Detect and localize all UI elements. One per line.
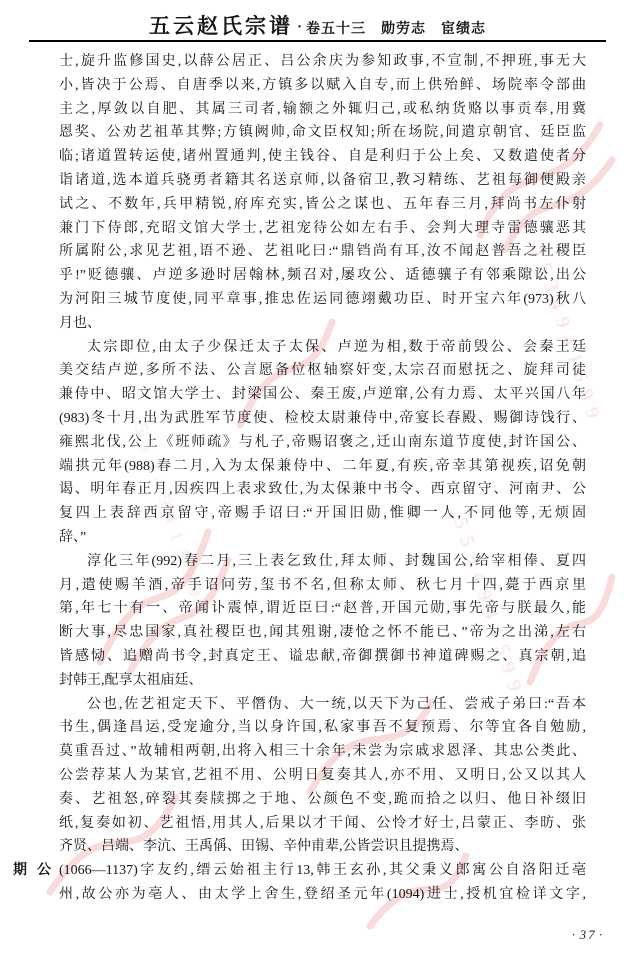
text-line: 齐贤、吕端、李沆、王禹偁、田锡、辛仲甫辈,公皆尝识且提携焉、 xyxy=(59,835,586,859)
genealogy-page: 5534941599 5534941599 5534941599 五云赵氏宗谱·… xyxy=(0,0,635,957)
title-separator-dot: · xyxy=(293,19,306,35)
page-number: ·37· xyxy=(571,927,605,943)
text-line: 兼门下侍郎,充昭文馆大学士,艺祖宠待公如左右手、会判大理寺雷德骧恶其 xyxy=(59,217,586,241)
entry-row: 期 公 (1066—1137)字友约,缙云始祖主行13,韩王玄孙,其父秉义郎寓公… xyxy=(59,859,586,907)
header-subtitle: 卷五十三 勋劳志 宦绩志 xyxy=(306,22,486,37)
header-rule xyxy=(29,40,606,42)
text-line: 公尝荐某人为某官,艺祖不用、公明日复奏其人,亦不用、又明日,公又以其人 xyxy=(59,764,586,788)
text-line: 复四上表辞西京留守,帝赐手诏曰:“开国旧勋,惟卿一人,不同他等,无烦固 xyxy=(59,502,586,526)
text-line: 辞、” xyxy=(59,526,586,550)
text-line: 皆感恸、追赠尚书令,封真定王、谥忠献,帝御撰御书神道碑赐之、真宗朝,追 xyxy=(59,645,586,669)
text-line: 奏、艺祖怒,碎裂其奏牍掷之于地、公颜色不变,跪而拾之以归、他日补缀旧 xyxy=(59,788,586,812)
text-line: 雍熙北伐,公上《班师疏》与札子,帝赐诏褒之,迁山南东道节度使,封许国公、 xyxy=(59,431,586,455)
text-line: 州,故公亦为亳人、由太学上舍生,登绍圣元年(1094)进士,授机宜检详文字, xyxy=(59,883,586,907)
text-line: 诣诸道,选本道兵骁勇者籍其名送京师,以备宿卫,教习精练、艺祖每御便殿亲 xyxy=(59,169,586,193)
entry-name-char: 期 xyxy=(13,859,27,883)
text-line: 小,皆决于公焉、自唐季以来,方镇多以赋入自专,而上供殆鲜、场院率令部曲 xyxy=(59,74,586,98)
text-line: 封韩王,配享太祖庙廷、 xyxy=(59,669,586,693)
entry-text: (1066—1137)字友约,缙云始祖主行13,韩王玄孙,其父秉义郎寓公自洛阳迁… xyxy=(59,859,586,907)
page-header: 五云赵氏宗谱·卷五十三 勋劳志 宦绩志 xyxy=(0,10,635,40)
text-line: 端拱元年(988)春二月,入为太保兼侍中、二年夏,有疾,帝幸其第视疾,诏免朝 xyxy=(59,455,586,479)
text-line: 所属附公,求见艺祖,语不逊、艺祖叱曰:“鼎铛尚有耳,汝不闻赵普吾之社稷臣 xyxy=(59,240,586,264)
text-line: 兼侍中、昭文馆大学士、封梁国公、秦王废,卢逆窜,公有力焉、太平兴国八年 xyxy=(59,383,586,407)
page-number-bullet: · xyxy=(571,927,577,942)
text-line: 美交结卢逆,多所不法、公言愿备位枢轴察奸变,太宗召而慰抚之、旋拜司徒 xyxy=(59,359,586,383)
text-line: 谒、明年春正月,因疾四上表求致仕,为太保兼中书令、西京留守、河南尹、公 xyxy=(59,478,586,502)
entry-name: 期 公 xyxy=(13,859,51,883)
text-line: 主之,厚敛以自肥、其属三司者,输额之外辄归己,或私纳货赂以事贡奉,用冀 xyxy=(59,98,586,122)
text-line: 太宗即位,由太子少保迁太子太保、卢逆为相,数于帝前毁公、会秦王廷 xyxy=(59,336,586,360)
text-line: 第,年七十有一、帝闻讣震悼,谓近臣曰:“赵普,开国元勋,事先帝与朕最久,能 xyxy=(59,597,586,621)
text-line: 淳化三年(992)春二月,三上表乞致仕,拜太师、封魏国公,给宰相俸、夏四 xyxy=(59,550,586,574)
text-line: 断大事,尽忠国家,真社稷臣也,闻其殂谢,凄怆之怀不能已、”帝为之出涕,左右 xyxy=(59,621,586,645)
text-line: 士,旋升监修国史,以薛公居正、吕公余庆为参知政事,不宣制,不押班,事无大 xyxy=(59,50,586,74)
text-line: 恩奖、公劝艺祖革其弊;方镇阙帅,命文臣权知;所在场院,间遣京朝官、廷臣监 xyxy=(59,121,586,145)
biography-paragraphs: 士,旋升监修国史,以薛公居正、吕公余庆为参知政事,不宣制,不押班,事无大小,皆决… xyxy=(59,50,586,859)
text-line: 月,遣使赐羊酒,帝手诏问劳,玺书不名,但称太师、秋七月十四,薨于西京里 xyxy=(59,574,586,598)
text-line: 临;诸道置转运使,诸州置通判,使主钱谷、自是利归于公上矣、又数遣使者分 xyxy=(59,145,586,169)
body-text: 士,旋升监修国史,以薛公居正、吕公余庆为参知政事,不宣制,不押班,事无大小,皆决… xyxy=(59,50,586,907)
text-line: 公也,佐艺祖定天下、平僭伪、大一统,以天下为己任、尝戒子弟曰:“吾本 xyxy=(59,693,586,717)
text-line: 试之、不数年,兵甲精锐,府库充实,皆公之谋也、五年春三月,拜尚书左仆射 xyxy=(59,193,586,217)
text-line: 乎!”贬德骧、卢逆多逊时居翰林,频召对,屡攻公、适德骧子有邻乘隙讼,出公 xyxy=(59,264,586,288)
text-line: (1066—1137)字友约,缙云始祖主行13,韩王玄孙,其父秉义郎寓公自洛阳迁… xyxy=(59,859,586,883)
page-number-value: 37 xyxy=(578,927,599,942)
book-title: 五云赵氏宗谱 xyxy=(149,14,293,38)
text-line: 月也、 xyxy=(59,312,586,336)
text-line: 莫重吾过、”故辅相两朝,出将入相三十余年,未尝为宗戚求恩泽、其忠公类此、 xyxy=(59,740,586,764)
page-number-bullet: · xyxy=(599,927,605,942)
text-line: (983)冬十月,出为武胜军节度使、检校太尉兼侍中,帝宴长春殿、赐御诗饯行、 xyxy=(59,407,586,431)
entry-name-char: 公 xyxy=(37,859,51,883)
text-line: 书生,偶逢昌运,受宠逾分,当以身许国,私家事吾不复预焉、尔等宜各自勉励, xyxy=(59,716,586,740)
text-line: 纸,复奏如初、艺祖悟,用其人,后果以才干闻、公怜才好士,吕蒙正、李昉、张 xyxy=(59,812,586,836)
text-line: 为河阳三城节度使,同平章事,推忠佐运同德翊戴功臣、时开宝六年(973)秋八 xyxy=(59,288,586,312)
